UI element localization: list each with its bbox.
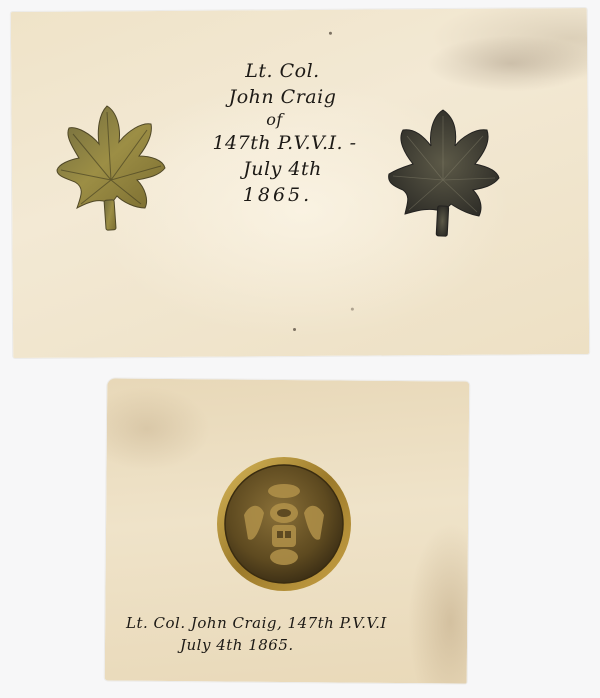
inscription-of: of: [159, 110, 390, 130]
silver-oak-leaf-insignia-icon: [385, 108, 503, 238]
paper-speck: [329, 32, 332, 35]
inscription-rank: Lt. Col.: [175, 58, 390, 84]
inscription-year: 1865.: [165, 182, 390, 208]
paper-speck: [351, 308, 354, 311]
inscription-name: John Craig: [175, 84, 390, 110]
paper-speck: [293, 328, 296, 331]
state-seal-button-icon: [214, 455, 354, 593]
bottom-card-inscription: Lt. Col. John Craig, 147th P.V.V.I July …: [118, 612, 458, 656]
inscription-date: July 4th 1865.: [118, 634, 458, 656]
inscription-name-regiment: Lt. Col. John Craig, 147th P.V.V.I: [118, 612, 458, 634]
inscription-date: July 4th: [175, 156, 390, 182]
inscription-regiment: 147th P.V.V.I. -: [179, 130, 390, 156]
top-card-inscription: Lt. Col. John Craig of 147th P.V.V.I. - …: [175, 58, 390, 208]
gold-oak-leaf-insignia-icon: [55, 104, 167, 232]
